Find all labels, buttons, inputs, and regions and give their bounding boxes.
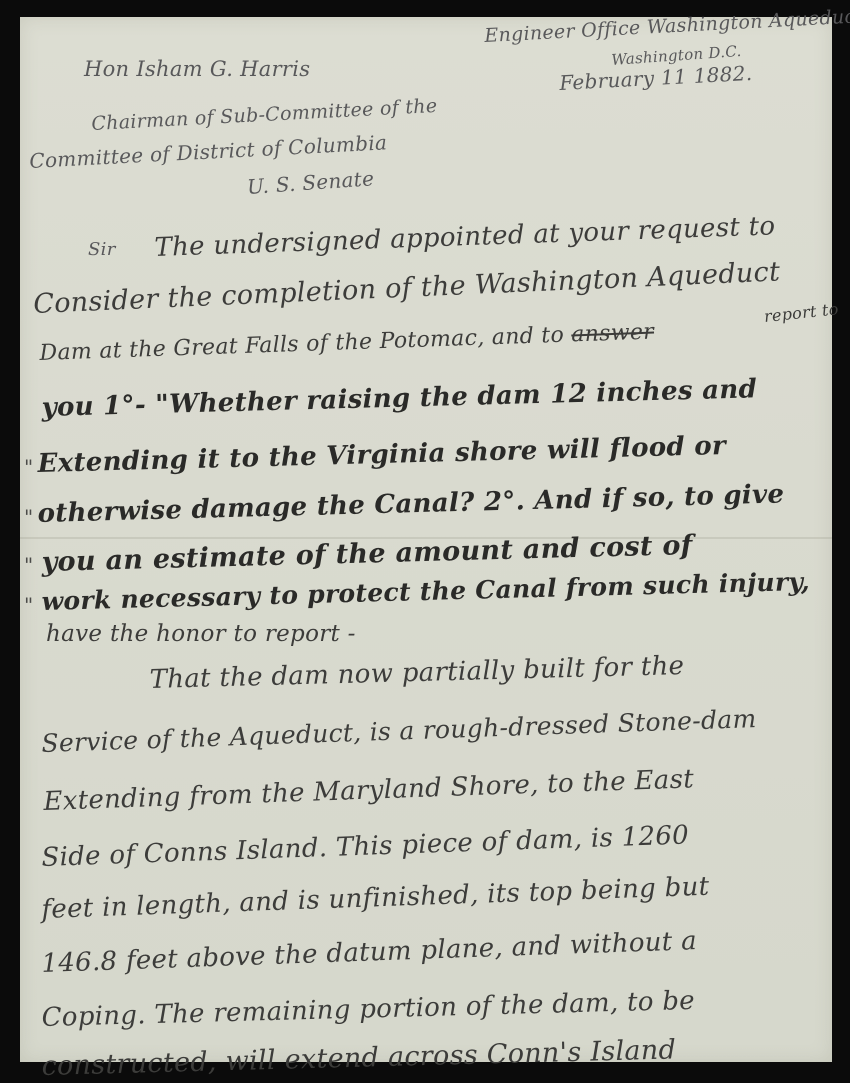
margin-quote-1: " xyxy=(24,455,33,479)
addressee-title-2: Committee of District of Columbia xyxy=(29,130,388,173)
letter-page: Engineer Office Washington Aqueduct Wash… xyxy=(20,17,832,1062)
body-line-3-text: Dam at the Great Falls of the Potomac, a… xyxy=(39,323,564,366)
body-line-5: Extending it to the Virginia shore will … xyxy=(37,431,726,479)
body-line-17: constructed, will extend across Conn's I… xyxy=(41,1034,676,1082)
body-line-2: Consider the completion of the Washingto… xyxy=(33,256,781,320)
body-line-15: 146.8 feet above the datum plane, and wi… xyxy=(41,926,697,979)
heading-date: February 11 1882. xyxy=(559,61,753,95)
margin-quote-4: " xyxy=(24,593,33,617)
salutation: Sir xyxy=(88,239,116,260)
body-line-3: Dam at the Great Falls of the Potomac, a… xyxy=(39,320,654,366)
margin-quote-2: " xyxy=(24,505,33,529)
struck-word: answer xyxy=(571,320,655,348)
addressee-title-3: U. S. Senate xyxy=(246,166,375,199)
body-line-13: Side of Conns Island. This piece of dam,… xyxy=(41,820,690,873)
addressee-title-1: Chairman of Sub-Committee of the xyxy=(91,95,438,135)
margin-quote-3: " xyxy=(24,553,33,577)
addressee-name: Hon Isham G. Harris xyxy=(84,57,310,81)
body-line-9: have the honor to report - xyxy=(46,621,356,647)
body-line-6: otherwise damage the Canal? 2°. And if s… xyxy=(37,479,784,529)
body-line-10: That the dam now partially built for the xyxy=(149,651,684,695)
body-line-1: The undersigned appointed at your reques… xyxy=(154,211,776,263)
body-line-16: Coping. The remaining portion of the dam… xyxy=(41,986,695,1033)
inserted-word: report to xyxy=(763,299,839,326)
heading-office: Engineer Office Washington Aqueduct xyxy=(484,5,850,47)
body-line-11: Service of the Aqueduct, is a rough-dres… xyxy=(41,704,757,758)
body-line-14: feet in length, and is unfinished, its t… xyxy=(41,872,710,925)
body-line-4: you 1°- "Whether raising the dam 12 inch… xyxy=(41,374,757,423)
body-line-12: Extending from the Maryland Shore, to th… xyxy=(43,764,695,817)
